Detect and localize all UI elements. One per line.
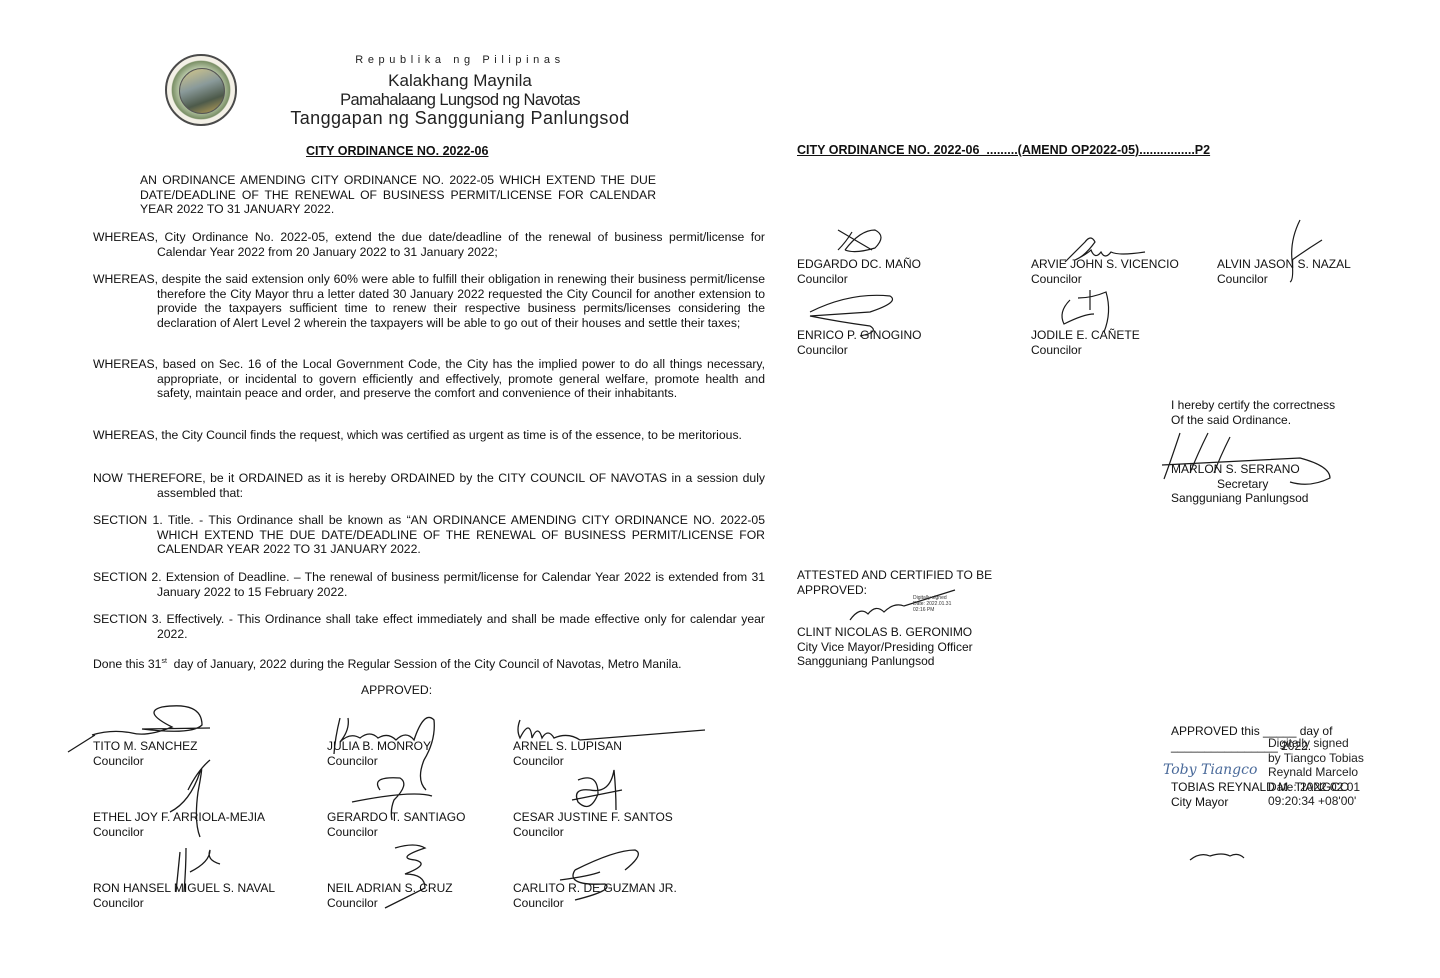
secretary-name: MARLON S. SERRANO xyxy=(1171,462,1335,477)
signatory: ARVIE JOHN S. VICENCIOCouncilor xyxy=(1031,257,1179,286)
now-therefore: NOW THEREFORE, be it ORDAINED as it is h… xyxy=(93,471,765,500)
section-2: SECTION 2. Extension of Deadline. – The … xyxy=(93,570,765,599)
signatory: ENRICO P. GINOGINOCouncilor xyxy=(797,328,921,357)
vice-mayor-name: CLINT NICOLAS B. GERONIMO xyxy=(797,625,992,640)
signatory: JODILE E. CAÑETECouncilor xyxy=(1031,328,1140,357)
whereas-4: WHEREAS, the City Council finds the requ… xyxy=(93,428,765,443)
digital-signature-stamp-mayor: Digitally signed by Tiangco Tobias Reyna… xyxy=(1268,736,1364,809)
signatory: RON HANSEL MIGUEL S. NAVALCouncilor xyxy=(93,881,275,910)
signatory: NEIL ADRIAN S. CRUZCouncilor xyxy=(327,881,453,910)
signatory: GERARDO T. SANTIAGOCouncilor xyxy=(327,810,465,839)
page2-title: CITY ORDINANCE NO. 2022-06 .........(AME… xyxy=(797,143,1210,157)
whereas-1: WHEREAS, City Ordinance No. 2022-05, ext… xyxy=(93,230,765,259)
header-office: Tanggapan ng Sangguniang Panlungsod xyxy=(250,108,670,129)
header-region: Kalakhang Maynila xyxy=(250,71,670,91)
signatory: EDGARDO DC. MAÑOCouncilor xyxy=(797,257,921,286)
header-republic: Republika ng Pilipinas xyxy=(250,54,670,66)
approved-label: APPROVED: xyxy=(361,683,432,698)
secretary-role: Secretary xyxy=(1171,477,1335,492)
signatory: TITO M. SANCHEZCouncilor xyxy=(93,739,197,768)
vice-mayor-role: City Vice Mayor/Presiding Officer xyxy=(797,640,992,655)
ordinance-subject: AN ORDINANCE AMENDING CITY ORDINANCE NO.… xyxy=(140,173,656,217)
section-3: SECTION 3. Effectively. - This Ordinance… xyxy=(93,612,765,641)
section-1: SECTION 1. Title. - This Ordinance shall… xyxy=(93,513,765,557)
whereas-2: WHEREAS, despite the said extension only… xyxy=(93,272,765,330)
attestation-block: ATTESTED AND CERTIFIED TO BE APPROVED: C… xyxy=(797,568,992,669)
done-this: Done this 31st day of January, 2022 duri… xyxy=(93,655,713,672)
vice-mayor-office: Sangguniang Panlungsod xyxy=(797,654,992,669)
whereas-3: WHEREAS, based on Sec. 16 of the Local G… xyxy=(93,357,765,401)
signatory: CESAR JUSTINE F. SANTOSCouncilor xyxy=(513,810,673,839)
digital-signature-stamp-vice-mayor: Digitally signed Date: 2022.01.31 02:16 … xyxy=(913,595,951,613)
signatory: ETHEL JOY F. ARRIOLA-MEJIACouncilor xyxy=(93,810,265,839)
secretary-office: Sangguniang Panlungsod xyxy=(1171,491,1335,506)
city-seal-icon xyxy=(165,54,237,126)
signatory: ARNEL S. LUPISANCouncilor xyxy=(513,739,622,768)
signatory: JULIA B. MONROYCouncilor xyxy=(327,739,431,768)
signatory: ALVIN JASON S. NAZALCouncilor xyxy=(1217,257,1351,286)
signatory: CARLITO R. DE GUZMAN JR.Councilor xyxy=(513,881,677,910)
ordinance-title: CITY ORDINANCE NO. 2022-06 xyxy=(306,144,488,158)
mayor-signature: Toby Tiangco xyxy=(1163,762,1257,778)
certification-block: I hereby certify the correctness Of the … xyxy=(1171,398,1335,506)
